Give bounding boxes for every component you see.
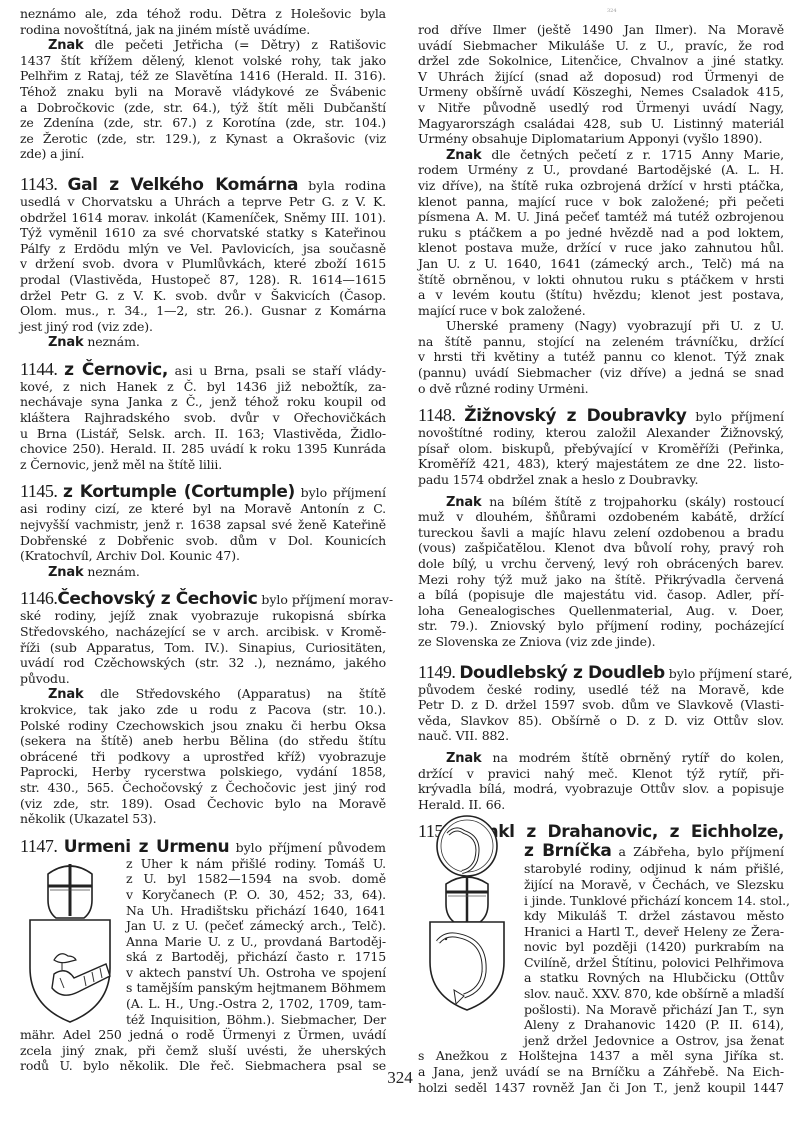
text-line: Týž vyměnil 1610 za své chorvatské statk…: [20, 225, 386, 241]
text-line: a v levém koutu (štítu) hvězdu; klenot j…: [418, 287, 784, 303]
text-line: ruku s ptáčkem a po jedné hvězdě nad a p…: [418, 225, 784, 241]
text-line: krokvice, tak jako zde u rodu z Pacova (…: [20, 702, 386, 718]
text-line: mähr. Adel 250 jedná o rodě Ürmenyi z Ür…: [20, 1027, 386, 1043]
text-line: nechávaje syna Janka z Č., jenž téhož ro…: [20, 394, 386, 410]
text-line: tureckou šavli a majíc hlavu zelení ozdo…: [418, 525, 784, 541]
znak-line: Znak dle Středovského (Apparatus) na ští…: [20, 686, 386, 702]
text-line: v aktech panství Uh. Ostroha ve spojení: [126, 965, 386, 981]
page-number: 324: [380, 1068, 420, 1088]
text-line: rodů U. bylo několik. Dle řeč. Siebmache…: [20, 1058, 386, 1074]
text-line: (viz zde, str. 189). Osad Čechovic bylo …: [20, 796, 386, 812]
text-line: str. 79.). Zniovský bylo příjmení rodiny…: [418, 618, 784, 634]
coat-of-arms-tunkl: [426, 812, 508, 1012]
text-line: Magyarországh családai 428, sub U. Listi…: [418, 116, 784, 132]
entry-1143-heading: 1143. Gal z Velkého Komárna byla rodina: [20, 174, 386, 194]
text-line: z U. byl 1582—1594 na svob. domě: [126, 871, 386, 887]
text-line: v hrsti tři květiny a tutéž pannu co kle…: [418, 349, 784, 365]
text-line: kové, z nich Hanek z Č. byl 1436 již neb…: [20, 379, 386, 395]
text-line: ská z Bartoděj, přichází často r. 1715: [126, 949, 386, 965]
text-line: Téhož znaku byli na Moravě vládykové ze …: [20, 84, 386, 100]
znak-keyword: Znak: [48, 38, 84, 53]
entry-1148-heading: 1148. Žižnovský z Doubravky bylo příjmen…: [418, 405, 784, 425]
text-line: holzi seděl 1437 rovněž Jan či Jon T., j…: [418, 1080, 784, 1096]
entry-1145-heading: 1145. z Kortumple (Cortumple) bylo příjm…: [20, 481, 386, 501]
text-line: obdržel 1614 morav. inkolát (Kameníček, …: [20, 210, 386, 226]
text-line: padu 1574 obdržel znak a heslo z Doubrav…: [418, 472, 784, 488]
text-line: V Uhrách žijící (snad až doposud) rod Ür…: [418, 69, 784, 85]
text-line: a statku Rovných na Hlubčicku (Ottův: [524, 970, 784, 986]
text-line: rodem Urmény z U., provdané Bartodějské …: [418, 162, 784, 178]
text-line: původem české rodiny, usedlé též na Mora…: [418, 682, 784, 698]
text-line: Cvilíně, držel Štítinu, polovici Pelhřim…: [524, 955, 784, 971]
text-line: Dobřenské z Dobřenic svob. dům v Dol. Ko…: [20, 533, 386, 549]
text-line: krývadla bílá, modrá, vyobrazuje Ottův s…: [418, 781, 784, 797]
text-line: žijící na Moravě, v Čechách, ve Slezsku: [524, 877, 784, 893]
text-line: Pálfy z Erdödu mlýn ve Vel. Pavlovicích,…: [20, 241, 386, 257]
text-line: (Kratochvíl, Archiv Dol. Kounic 47).: [20, 548, 386, 564]
entry-name: Žižnovský z Doubravky: [464, 406, 686, 426]
text-line: držel Petr G. z V. K. svob. dvůr v Šakvi…: [20, 288, 386, 304]
text-line: Herald. II. 66.: [418, 797, 784, 813]
znak-line: Znak neznám.: [20, 334, 386, 350]
text-line: písař olom. biskupů, přebývající v Kromě…: [418, 441, 784, 457]
text-line: Anna Marie U. z U., provdaná Bartoděj-: [126, 934, 386, 950]
text-line: chovice 250). Herald. II. 285 uvádí k ro…: [20, 441, 386, 457]
entry-1149-heading: 1149. Doudlebský z Doudleb bylo příjmení…: [418, 662, 784, 682]
text-line: s tamějším panským hejtmanem Böhmem: [126, 980, 386, 996]
text-line: v držení svob. dvora v Plumlůvkách, kter…: [20, 256, 386, 272]
text-line: uvádí rod Czěchowských (str. 32 .), nezn…: [20, 655, 386, 671]
text-line: několik (Ukazatel 53).: [20, 811, 386, 827]
text-line: slov. nauč. XXV. 870, kde obšírně a mlad…: [524, 986, 784, 1002]
text-line: jenž držel Jedovnice a Ostrov, jsa ženat: [524, 1033, 784, 1049]
znak-line: Znak na modrém štítě obrněný rytíř do ko…: [418, 750, 784, 766]
znak-line: Znak dle pečeti Jetřicha (= Dětry) z Rat…: [20, 37, 386, 53]
text-line: novic byl později (1420) purkrabím na: [524, 939, 784, 955]
text-line: u Brna (Listář, Selsk. arch. II. 163; Vl…: [20, 426, 386, 442]
text-line: neznámo ale, zda téhož rodu. Dětra z Hol…: [20, 6, 386, 22]
text-line: Olom. mus., r. 34., 1—2, str. 26.). Gusn…: [20, 303, 386, 319]
text-line: ze Zdenína (zde, str. 67.) z Korotína (z…: [20, 115, 386, 131]
text-line: rod dříve Ilmer (ještě 1490 Jan Ilmer). …: [418, 22, 784, 38]
entry-1147-heading: 1147. Urmeni z Urmenu bylo příjmení půvo…: [20, 836, 386, 856]
text-line: novoštítné rodiny, kterou založil Alexan…: [418, 425, 784, 441]
text-line: nauč. VII. 882.: [418, 728, 784, 744]
text-line: prodal (Vlastivěda, Hustopeč 87, 128). R…: [20, 272, 386, 288]
text-line: (sekera na štítě) aneb herbu Bělina (do …: [20, 733, 386, 749]
text-line: Mezi rohy týž muž jako na štítě. Přikrýv…: [418, 572, 784, 588]
text-line: pošlosti). Na Moravě přichází Jan T., sy…: [524, 1002, 784, 1018]
text-line: držel zde Sokolnice, Litenčice, Chvalnov…: [418, 53, 784, 69]
text-line: kdy Mikuláš T. držel zástavou město: [524, 908, 784, 924]
text-line: Na Uh. Hradištsku přichází 1640, 1641: [126, 903, 386, 919]
text-line: starobylé rodiny, odjinud k nám přišlé,: [524, 861, 784, 877]
text-line: Uherské prameny (Nagy) vyobrazují při U.…: [418, 318, 784, 334]
text-line: a bílá (popisuje dle majestátu vid. časo…: [418, 587, 784, 603]
helmet-arm-bird-icon: [26, 856, 114, 1026]
text-line: říži (sub Apparatus, Tom. IV.). Sinapius…: [20, 640, 386, 656]
text-line: obrácené tři podkovy a uprostřed kříž) v…: [20, 749, 386, 765]
text-line: v Nitře původně usedlý rod Ürmenyi uvádí…: [418, 100, 784, 116]
text-line: z Černovic, jenž měl na štítě lilii.: [20, 457, 386, 473]
coat-of-arms-urmeni: [26, 856, 114, 1026]
entry-1146-heading: 1146.Čechovský z Čechovic bylo příjmení …: [20, 588, 386, 608]
text-line: Středovského, nacházející se v arch. arc…: [20, 624, 386, 640]
text-line: asi rodiny cizí, ze které byl na Moravě …: [20, 501, 386, 517]
text-line: nejvyšší vachmistr, jenž r. 1638 zapsal …: [20, 517, 386, 533]
text-line: a Dobročkovic (zde, str. 64.), týž štít …: [20, 100, 386, 116]
text-line: a Jana, jenž uvádí se na Brníčku a Záhře…: [418, 1064, 784, 1080]
text-line: Polské rodiny Czechowskich jsou znaku či…: [20, 718, 386, 734]
text-line: uvádí Siebmacher Mikuláše U. z U., praví…: [418, 38, 784, 54]
entry-name: Gal z Velkého Komárna: [68, 175, 299, 195]
text-line: rodina novoštítná, jak na jiném místě uv…: [20, 22, 386, 38]
text-line: zcela jiný znak, při čemž sluší uvésti, …: [20, 1043, 386, 1059]
text-line: i jinde. Tunklové přichází koncem 14. st…: [524, 893, 784, 909]
text-line: Kroměříž 421, 483), který majestátem ze …: [418, 456, 784, 472]
text-line: Jan U. z U. 1640, 1641 (zámecký arch., T…: [418, 256, 784, 272]
text-line: držící v pravici nahý meč. Klenot týž ry…: [418, 766, 784, 782]
text-line: ské rodiny, jejíž znak vyobrazuje rukopi…: [20, 608, 386, 624]
entry-name: Doudlebský z Doudleb: [459, 663, 664, 683]
text-line: dole bílý, u vrchu červený, levý roh obr…: [418, 556, 784, 572]
text-line: ze Slovenska ze Zniova (viz zde jinde).: [418, 634, 784, 650]
text-line: Urmény obsahuje Diplomatarium Apponyi (v…: [418, 131, 784, 147]
entry-1150-heading-line2: z Brníčka a Zábřeha, bylo příjmení: [524, 841, 784, 861]
text-line: loha Genealogisches Quellenmaterial, Aug…: [418, 603, 784, 619]
text-line: zde) a jiní.: [20, 146, 386, 162]
znak-line: Znak neznám.: [20, 564, 386, 580]
text-line: na štítě pannu, stojící na zeleném trávn…: [418, 334, 784, 350]
text-line: štítě obrněnou, v lokti ohnutou ruku s p…: [418, 272, 784, 288]
text-line: muž v dlouhém, šňůrami ozdobeném kabátě,…: [418, 509, 784, 525]
text-line: 1437 štít křížem dělený, klenot volské r…: [20, 53, 386, 69]
text-line: věda, Slavkov 85). Obšírně o D. z D. viz…: [418, 713, 784, 729]
text-line: viz dříve), na štítě ruka ozbrojená drží…: [418, 178, 784, 194]
text-line: z Uher k nám přišlé rodiny. Tomáš U.: [126, 856, 386, 872]
text-line: Pelhřim z Rataj, též ze Slavětína 1416 (…: [20, 68, 386, 84]
text-line: s Anežkou z Holštejna 1437 a měl syna Ji…: [418, 1048, 784, 1064]
helmet-fish-crest-icon: [426, 812, 508, 1012]
entry-name-cont: z Brníčka: [524, 841, 611, 861]
znak-line: Znak dle četných pečetí z r. 1715 Anny M…: [418, 147, 784, 163]
scanned-page: 324 neznámo ale, zda téhož rodu. Dětra z…: [0, 0, 800, 1125]
text-line: písmena A. M. U. Jiná pečeť tamtéž má tu…: [418, 209, 784, 225]
text-line: (pannu) uvádí Siebmacher (viz dříve) a j…: [418, 365, 784, 381]
text-line: Hranici a Hartl T., deveř Heleny ze Žera…: [524, 924, 784, 940]
text-line: str. 430., 565. Čechočovský z Čechočovic…: [20, 780, 386, 796]
text-line: o dvě různé rodiny Urmėni.: [418, 381, 784, 397]
text-line: klenot postava muže, držící v ruce jako …: [418, 240, 784, 256]
entry-name: Čechovský z Čechovic: [57, 589, 257, 609]
text-line: (vous) zašpičatělou. Klenot dva bůvolí r…: [418, 540, 784, 556]
text-line: mající ruce v bok založené.: [418, 303, 784, 319]
text-line: jest jiný rod (viz zde).: [20, 319, 386, 335]
text-line: klenot panna, mající ruce v bok založené…: [418, 194, 784, 210]
znak-line: Znak na bílém štítě z trojpahorku (skály…: [418, 494, 784, 510]
text-line: Jan U. z U. (pečeť zámecký arch., Telč).: [126, 918, 386, 934]
entry-1144-heading: 1144. z Černovic, asi u Brna, psali se s…: [20, 359, 386, 379]
text-line: (A. L. H., Ung.-Ostra 2, 1702, 1709, tam…: [126, 996, 386, 1012]
text-line: v Koryčanech (P. O. 30, 452; 33, 64).: [126, 887, 386, 903]
text-line: Aleny z Drahanovic 1420 (P. II. 614),: [524, 1017, 784, 1033]
entry-name: Urmeni z Urmenu: [64, 837, 230, 857]
entry-name: z Černovic,: [64, 360, 168, 380]
text-line: ze Žerotic (zde, str. 129.), z Kynast a …: [20, 131, 386, 147]
entry-name: z Kortumple (Cortumple): [63, 482, 295, 502]
text-line: Petr D. z D. držel 1597 svob. dům ve Sla…: [418, 697, 784, 713]
text-line: původu.: [20, 671, 386, 687]
text-line: Urmeny obšírně uvádí Köszeghi, Nemes Csa…: [418, 84, 784, 100]
text-line: usedlá v Chorvatsku a Uhrách a teprve Pe…: [20, 194, 386, 210]
entry-name: Tunkl z Drahanovic, z Eichholze,: [466, 822, 784, 842]
text-line: Paprocki, Herby rycerstwa polskiego, vyd…: [20, 764, 386, 780]
text-line: též Inquisition, Böhm.). Siebmacher, Der: [126, 1012, 386, 1028]
text-line: kláštera Rajhradského svob. dvůr v Ořech…: [20, 410, 386, 426]
